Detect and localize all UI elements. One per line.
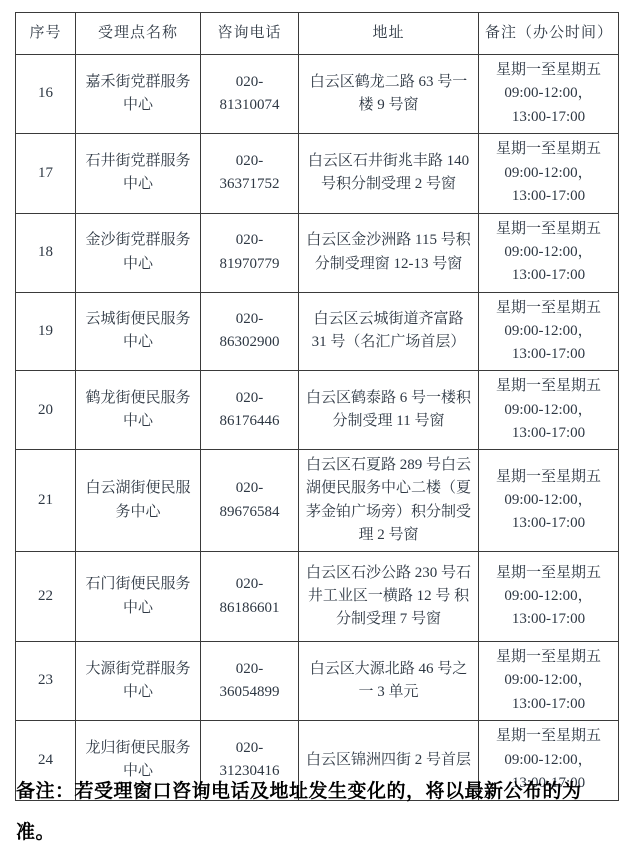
col-header-name: 受理点名称: [76, 13, 201, 55]
cell-hours: 星期一至星期五 09:00-12:00， 13:00-17:00: [479, 642, 619, 721]
cell-no: 19: [16, 292, 76, 371]
cell-no: 17: [16, 133, 76, 213]
cell-phone: 020-81310074: [201, 55, 299, 134]
cell-phone: 020-36054899: [201, 642, 299, 721]
cell-name: 嘉禾街党群服务中心: [76, 55, 201, 134]
cell-name: 白云湖街便民服务中心: [76, 450, 201, 552]
cell-address: 白云区金沙洲路 115 号积分制受理窗 12-13 号窗: [299, 213, 479, 292]
col-header-phone: 咨询电话: [201, 13, 299, 55]
cell-no: 20: [16, 371, 76, 450]
cell-name: 大源街党群服务中心: [76, 642, 201, 721]
page: 序号 受理点名称 咨询电话 地址 备注（办公时间） 16 嘉禾街党群服务中心 0…: [0, 0, 631, 848]
cell-name: 云城街便民服务中心: [76, 292, 201, 371]
table-row: 23 大源街党群服务中心 020-36054899 白云区大源北路 46 号之一…: [16, 642, 619, 721]
cell-address: 白云区云城街道齐富路 31 号（名汇广场首层）: [299, 292, 479, 371]
cell-address: 白云区大源北路 46 号之一 3 单元: [299, 642, 479, 721]
cell-phone: 020-81970779: [201, 213, 299, 292]
cell-name: 石门街便民服务中心: [76, 552, 201, 642]
cell-hours: 星期一至星期五 09:00-12:00， 13:00-17:00: [479, 292, 619, 371]
table-row: 19 云城街便民服务中心 020-86302900 白云区云城街道齐富路 31 …: [16, 292, 619, 371]
col-header-no: 序号: [16, 13, 76, 55]
cell-hours: 星期一至星期五 09:00-12:00， 13:00-17:00: [479, 213, 619, 292]
cell-name: 石井街党群服务中心: [76, 133, 201, 213]
cell-no: 16: [16, 55, 76, 134]
table-row: 17 石井街党群服务中心 020-36371752 白云区石井街兆丰路 140 …: [16, 133, 619, 213]
cell-address: 白云区鹤龙二路 63 号一楼 9 号窗: [299, 55, 479, 134]
cell-no: 21: [16, 450, 76, 552]
cell-hours: 星期一至星期五 09:00-12:00， 13:00-17:00: [479, 133, 619, 213]
cell-phone: 020-36371752: [201, 133, 299, 213]
cell-phone: 020-86176446: [201, 371, 299, 450]
cell-address: 白云区石井街兆丰路 140 号积分制受理 2 号窗: [299, 133, 479, 213]
cell-name: 金沙街党群服务中心: [76, 213, 201, 292]
cell-hours: 星期一至星期五 09:00-12:00， 13:00-17:00: [479, 552, 619, 642]
header-row: 序号 受理点名称 咨询电话 地址 备注（办公时间）: [16, 13, 619, 55]
col-header-address: 地址: [299, 13, 479, 55]
cell-address: 白云区石沙公路 230 号石井工业区一横路 12 号 积分制受理 7 号窗: [299, 552, 479, 642]
footer-note: 备注：若受理窗口咨询电话及地址发生变化的，将以最新公布的为准。: [16, 772, 616, 848]
cell-hours: 星期一至星期五 09:00-12:00， 13:00-17:00: [479, 450, 619, 552]
table-row: 18 金沙街党群服务中心 020-81970779 白云区金沙洲路 115 号积…: [16, 213, 619, 292]
cell-phone: 020-86186601: [201, 552, 299, 642]
table-row: 16 嘉禾街党群服务中心 020-81310074 白云区鹤龙二路 63 号一楼…: [16, 55, 619, 134]
table-row: 20 鹤龙街便民服务中心 020-86176446 白云区鹤泰路 6 号一楼积分…: [16, 371, 619, 450]
cell-no: 18: [16, 213, 76, 292]
col-header-hours: 备注（办公时间）: [479, 13, 619, 55]
cell-hours: 星期一至星期五 09:00-12:00， 13:00-17:00: [479, 55, 619, 134]
cell-hours: 星期一至星期五 09:00-12:00， 13:00-17:00: [479, 371, 619, 450]
table-row: 21 白云湖街便民服务中心 020-89676584 白云区石夏路 289 号白…: [16, 450, 619, 552]
cell-phone: 020-89676584: [201, 450, 299, 552]
cell-name: 鹤龙街便民服务中心: [76, 371, 201, 450]
cell-phone: 020-86302900: [201, 292, 299, 371]
cell-no: 23: [16, 642, 76, 721]
cell-address: 白云区石夏路 289 号白云湖便民服务中心二楼（夏茅金铂广场旁）积分制受理 2 …: [299, 450, 479, 552]
service-centers-table: 序号 受理点名称 咨询电话 地址 备注（办公时间） 16 嘉禾街党群服务中心 0…: [15, 12, 619, 801]
table-row: 22 石门街便民服务中心 020-86186601 白云区石沙公路 230 号石…: [16, 552, 619, 642]
cell-no: 22: [16, 552, 76, 642]
cell-address: 白云区鹤泰路 6 号一楼积分制受理 11 号窗: [299, 371, 479, 450]
